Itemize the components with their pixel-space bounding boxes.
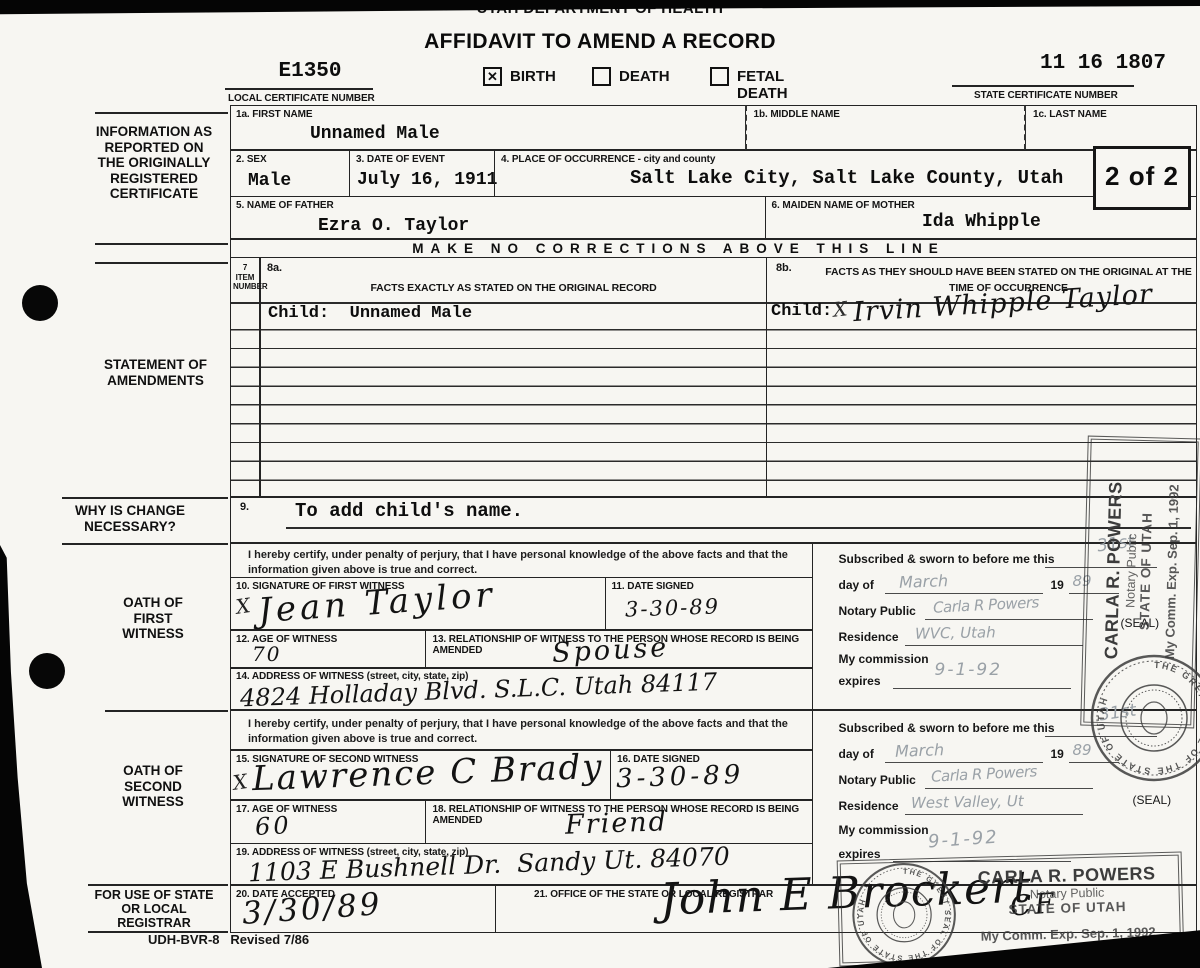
sidebar-statement-label: STATEMENT OF AMENDMENTS — [98, 357, 213, 388]
sidebar-rule — [105, 710, 228, 712]
day-of-label: day of — [839, 578, 874, 592]
amendments-ruled-lines — [231, 329, 1196, 497]
checkbox-icon — [592, 67, 611, 86]
commission-label: My commission — [839, 652, 929, 666]
amended-row-x-mark: X — [832, 296, 849, 321]
day-of-label: day of — [839, 747, 874, 761]
svg-text:THE GREAT SEAL OF THE STATE OF: THE GREAT SEAL OF THE STATE OF UTAH — [855, 866, 953, 964]
notary-name-value: Carla R Powers — [930, 762, 1037, 786]
seal-placeholder-label: (SEAL) — [1133, 793, 1172, 807]
residence-value: WVC, Utah — [914, 623, 995, 642]
checkbox-icon: ✕ — [483, 67, 502, 86]
fetal-death-checkbox-label: FETAL DEATH — [737, 68, 788, 102]
seal-ring-text: THE GREAT SEAL OF THE STATE OF UTAH — [855, 866, 953, 964]
date-of-event-value: July 16, 1911 — [357, 170, 497, 190]
relationship-2-value: Friend — [564, 806, 668, 841]
sex-value: Male — [248, 171, 291, 191]
sidebar-rule — [62, 497, 228, 499]
date-signed-1-value: 3-30-89 — [625, 594, 721, 621]
state-cert-label: STATE CERTIFICATE NUMBER — [974, 90, 1118, 102]
residence-value: West Valley, Ut — [910, 792, 1023, 812]
field-middle-name: 1b. MIDDLE NAME — [745, 105, 1026, 150]
expires-label: expires — [839, 674, 881, 688]
form-code: UDH-BVR-8 Revised 7/86 — [148, 932, 309, 947]
col-8b-number: 8b. — [776, 262, 792, 275]
local-certificate-number: E1350 — [240, 60, 380, 83]
certify-statement: I hereby certify, under penalty of perju… — [248, 717, 796, 747]
item-number-header: 7 ITEM NUMBER — [233, 263, 257, 292]
sex-label: 2. SEX — [236, 154, 267, 166]
relationship-1-value: Spouse — [551, 632, 670, 669]
seal-ring-text: THE GREAT SEAL OF THE STATE OF UTAH — [1096, 660, 1200, 776]
expires-value: 9-1-92 — [927, 827, 999, 853]
month-value: March — [898, 571, 948, 592]
sidebar-rule — [95, 262, 228, 264]
notary-public-label: Notary Public — [839, 773, 916, 787]
field-last-name: 1c. LAST NAME — [1024, 105, 1197, 150]
no-corrections-banner-text: MAKE NO CORRECTIONS ABOVE THIS LINE — [231, 241, 1126, 256]
sidebar-info-label: INFORMATION AS REPORTED ON THE ORIGINALL… — [95, 124, 213, 202]
form-code-text: UDH-BVR-8 — [148, 932, 220, 947]
oath2-certify-box: I hereby certify, under penalty of perju… — [230, 710, 813, 750]
sworn-label: Subscribed & sworn to before me this — [839, 721, 1055, 735]
checkbox-icon — [710, 67, 729, 86]
sidebar-rule — [62, 543, 228, 545]
death-checkbox-label: DEATH — [619, 68, 670, 85]
sidebar-oath1-label: OATH OF FIRST WITNESS — [108, 595, 198, 642]
date-signed-1-label: 11. DATE SIGNED — [612, 581, 694, 593]
date-of-event-label: 3. DATE OF EVENT — [356, 154, 445, 166]
last-name-label: 1c. LAST NAME — [1033, 109, 1107, 121]
oath1-certify-box: I hereby certify, under penalty of perju… — [230, 543, 813, 578]
year-prefix: 19 — [1051, 747, 1064, 761]
date-signed-2-value: 3-30-89 — [616, 760, 745, 794]
place-label: 4. PLACE OF OCCURRENCE - city and county — [501, 154, 715, 166]
age-2-value: 60 — [254, 811, 292, 841]
form-revision-text: Revised 7/86 — [230, 932, 309, 947]
local-cert-label: LOCAL CERTIFICATE NUMBER — [228, 93, 375, 105]
father-name-value: Ezra O. Taylor — [318, 216, 469, 236]
page-number-stamp: 2 of 2 — [1093, 146, 1191, 210]
first-name-label: 1a. FIRST NAME — [236, 109, 312, 121]
mother-name-value: Ida Whipple — [922, 212, 1041, 232]
hole-punch — [22, 285, 58, 321]
notary-name-value: Carla R Powers — [932, 593, 1039, 617]
field-first-name: 1a. FIRST NAME — [230, 105, 746, 150]
scanned-affidavit-page: UTAH DEPARTMENT OF HEALTH AFFIDAVIT TO A… — [0, 0, 1200, 968]
month-value: March — [894, 740, 944, 761]
state-seal-icon: THE GREAT SEAL OF THE STATE OF UTAH — [849, 859, 960, 968]
middle-name-label: 1b. MIDDLE NAME — [754, 109, 840, 121]
state-seal-icon: THE GREAT SEAL OF THE STATE OF UTAH — [1088, 652, 1200, 784]
commission-label: My commission — [839, 823, 929, 837]
why-number: 9. — [240, 501, 249, 514]
amended-row-original-value: Child: Unnamed Male — [268, 304, 472, 323]
place-value: Salt Lake City, Salt Lake County, Utah — [630, 167, 1063, 189]
sidebar-rule — [95, 243, 228, 245]
year-prefix: 19 — [1051, 578, 1064, 592]
expires-value: 9-1-92 — [935, 660, 1003, 680]
residence-label: Residence — [839, 799, 899, 813]
age-1-value: 70 — [252, 642, 281, 666]
sworn-label: Subscribed & sworn to before me this — [839, 552, 1055, 566]
scan-edge-left — [0, 545, 42, 968]
why-underline — [286, 527, 1191, 529]
amended-row-typed-prefix: Child: — [771, 302, 832, 321]
notary-public-label: Notary Public — [839, 604, 916, 618]
sidebar-why-label: WHY IS CHANGE NECESSARY? — [70, 503, 190, 534]
certify-statement: I hereby certify, under penalty of perju… — [248, 548, 796, 578]
svg-text:THE GREAT SEAL OF THE STATE OF: THE GREAT SEAL OF THE STATE OF UTAH — [1096, 660, 1200, 776]
col-8a-header: FACTS EXACTLY AS STATED ON THE ORIGINAL … — [261, 282, 766, 294]
hole-punch — [29, 653, 65, 689]
form-title: AFFIDAVIT TO AMEND A RECORD — [0, 30, 1200, 54]
sidebar-registrar-label: FOR USE OF STATE OR LOCAL REGISTRAR — [90, 888, 218, 930]
birth-checkbox-label: BIRTH — [510, 68, 556, 85]
why-value: To add child's name. — [295, 500, 523, 522]
sidebar-rule — [95, 112, 228, 114]
sidebar-oath2-label: OATH OF SECOND WITNESS — [108, 763, 198, 810]
mother-name-label: 6. MAIDEN NAME OF MOTHER — [772, 200, 915, 212]
residence-label: Residence — [839, 630, 899, 644]
father-name-label: 5. NAME OF FATHER — [236, 200, 334, 212]
no-corrections-banner: MAKE NO CORRECTIONS ABOVE THIS LINE — [230, 239, 1197, 258]
state-cert-underline — [952, 85, 1134, 87]
first-name-value: Unnamed Male — [310, 124, 440, 144]
state-certificate-number: 11 16 1807 — [1008, 52, 1198, 75]
sidebar-rule — [88, 884, 228, 886]
col-8a-number: 8a. — [267, 262, 282, 275]
field-father-name: 5. NAME OF FATHER — [230, 196, 766, 239]
local-cert-underline — [225, 88, 373, 90]
